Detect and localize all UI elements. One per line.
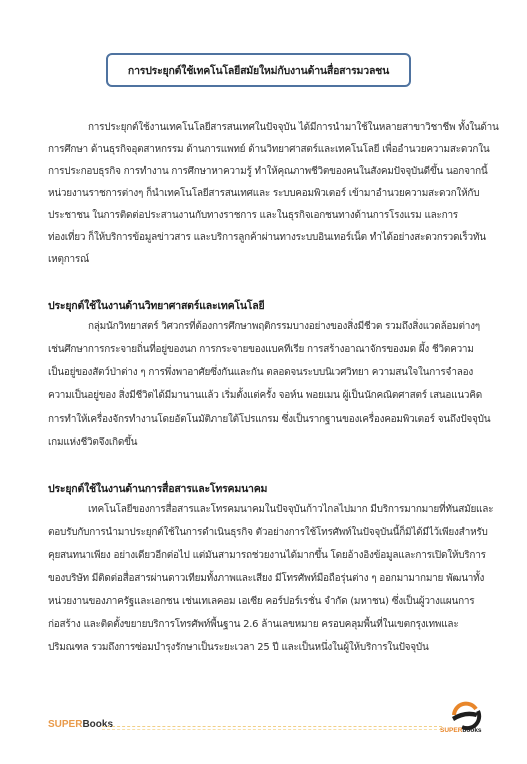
title-box: การประยุกต์ใช้เทคโนโลยีสมัยใหม่กับงานด้า… [106, 53, 411, 87]
footer-divider [102, 729, 442, 730]
paragraph-line: ประชาชน ในการติดต่อประสานงานกับทางราชการ… [48, 209, 458, 223]
paragraph-line: ความเป็นอยู่ของ สิ่งมีชีวิตได้มีมานานแล้… [48, 389, 482, 403]
logo-books: books [462, 727, 481, 734]
paragraph-line: เช่นศึกษาการกระจายถิ่นที่อยู่ของนก การกร… [48, 343, 474, 357]
section-heading: ประยุกต์ใช้ในงานด้านวิทยาศาสตร์และเทคโนโ… [48, 297, 264, 314]
logo-wordmark: SUPERbooks [440, 727, 482, 734]
paragraph-line: เกมแห่งชีวิตจึงเกิดขึ้น [48, 436, 137, 450]
section-heading: ประยุกต์ใช้ในงานด้านการสื่อสารและโทรคมนา… [48, 480, 267, 497]
logo-super: SUPER [440, 727, 462, 734]
paragraph-line: หน่วยงานของภาครัฐและเอกชน เช่นเทเลคอม เอ… [48, 595, 474, 609]
paragraph-line: ตอบรับกับการนำมาประยุกต์ใช้ในการดำเนินธุ… [48, 526, 488, 540]
paragraph-line: คุยสนทนาเพียง อย่างเดียวอีกต่อไป แต่มันส… [48, 549, 486, 563]
paragraph-line: การประยุกต์ใช้งานเทคโนโลยีสารสนเทศในปัจจ… [88, 121, 499, 135]
paragraph-line: เป็นอยู่ของสัตว์ป่าต่าง ๆ การพึ่งพาอาศัย… [48, 366, 473, 380]
paragraph-line: ท่องเที่ยว ก็ให้บริการข้อมูลข่าวสาร และบ… [48, 231, 486, 245]
document-title: การประยุกต์ใช้เทคโนโลยีสมัยใหม่กับงานด้า… [128, 62, 389, 79]
paragraph-line: การประกอบธุรกิจ การทำงาน การศึกษาหาความร… [48, 165, 487, 179]
paragraph-line: ก่อสร้าง และติดตั้งขยายบริการโทรศัพท์พื้… [48, 618, 458, 632]
paragraph-line: ปริมณฑล รวมถึงการซ่อมบำรุงรักษาเป็นระยะเ… [48, 641, 429, 655]
brand-super: SUPER [48, 719, 82, 730]
paragraph-line: ของบริษัท มีติดต่อสื่อสารผ่านดาวเทียมทั้… [48, 572, 484, 586]
footer-divider [102, 726, 442, 727]
paragraph-line: กลุ่มนักวิทยาสตร์ วิศวกรที่ต้องการศึกษาพ… [88, 320, 480, 334]
paragraph-line: เทคโนโลยีของการสื่อสารและโทรคมนาคมในปัจจ… [88, 503, 493, 517]
paragraph-line: หน่วยงานราชการต่างๆ ก็นำเทคโนโลยีสารสนเท… [48, 187, 479, 201]
paragraph-line: การศึกษา ด้านธุรกิจอุตสาหกรรม ด้านการแพท… [48, 143, 489, 157]
paragraph-line: การทำให้เครื่องจักรทำงานโดยอัตโนมัติภายใ… [48, 413, 490, 427]
paragraph-line: เหตุการณ์ [48, 253, 89, 267]
